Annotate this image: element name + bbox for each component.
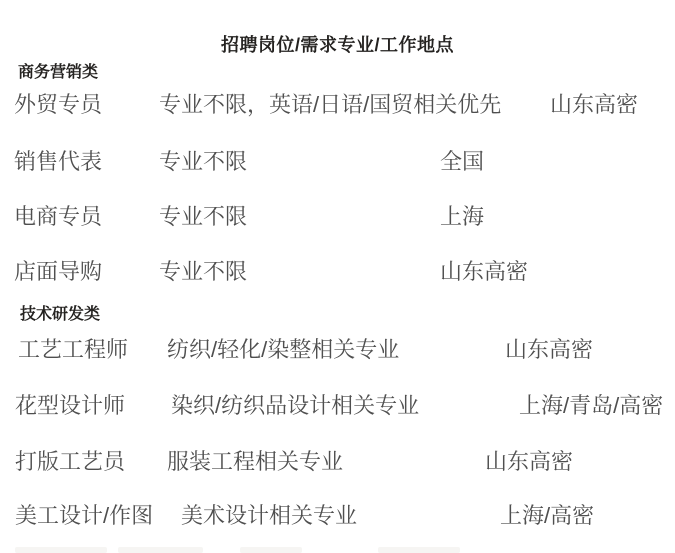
job-major: 纺织/轻化/染整相关专业	[167, 337, 399, 362]
job-position: 外贸专员	[14, 92, 102, 117]
recruitment-table-page: 招聘岗位/需求专业/工作地点 商务营销类 外贸专员 专业不限，英语/日语/国贸相…	[0, 0, 675, 553]
page-title: 招聘岗位/需求专业/工作地点	[0, 31, 675, 57]
job-major: 专业不限，英语/日语/国贸相关优先	[159, 92, 501, 117]
job-major: 专业不限	[159, 204, 247, 229]
job-location: 上海	[440, 204, 484, 229]
job-position: 销售代表	[14, 149, 102, 174]
job-position: 花型设计师	[15, 393, 125, 418]
job-major: 专业不限	[159, 149, 247, 174]
cutoff-next-row-fragment	[15, 547, 107, 553]
job-position: 打版工艺员	[15, 449, 125, 474]
job-location: 山东高密	[505, 337, 593, 362]
job-position: 美工设计/作图	[15, 503, 153, 528]
cutoff-next-row-fragment	[118, 547, 203, 553]
job-location: 上海/青岛/高密	[519, 393, 663, 418]
cutoff-next-row-fragment	[240, 547, 302, 553]
job-position: 电商专员	[14, 204, 102, 229]
job-major: 染织/纺织品设计相关专业	[171, 393, 419, 418]
job-location: 山东高密	[440, 259, 528, 284]
category-header-business-marketing: 商务营销类	[18, 59, 98, 82]
job-major: 服装工程相关专业	[167, 449, 343, 474]
job-position: 店面导购	[14, 259, 102, 284]
job-major: 美术设计相关专业	[181, 503, 357, 528]
job-major: 专业不限	[159, 259, 247, 284]
category-header-technical-rd: 技术研发类	[20, 301, 100, 324]
job-location: 山东高密	[550, 92, 638, 117]
job-location: 上海/高密	[500, 503, 594, 528]
job-location: 山东高密	[485, 449, 573, 474]
cutoff-next-row-fragment	[378, 547, 460, 553]
job-position: 工艺工程师	[18, 337, 128, 362]
job-location: 全国	[440, 149, 484, 174]
